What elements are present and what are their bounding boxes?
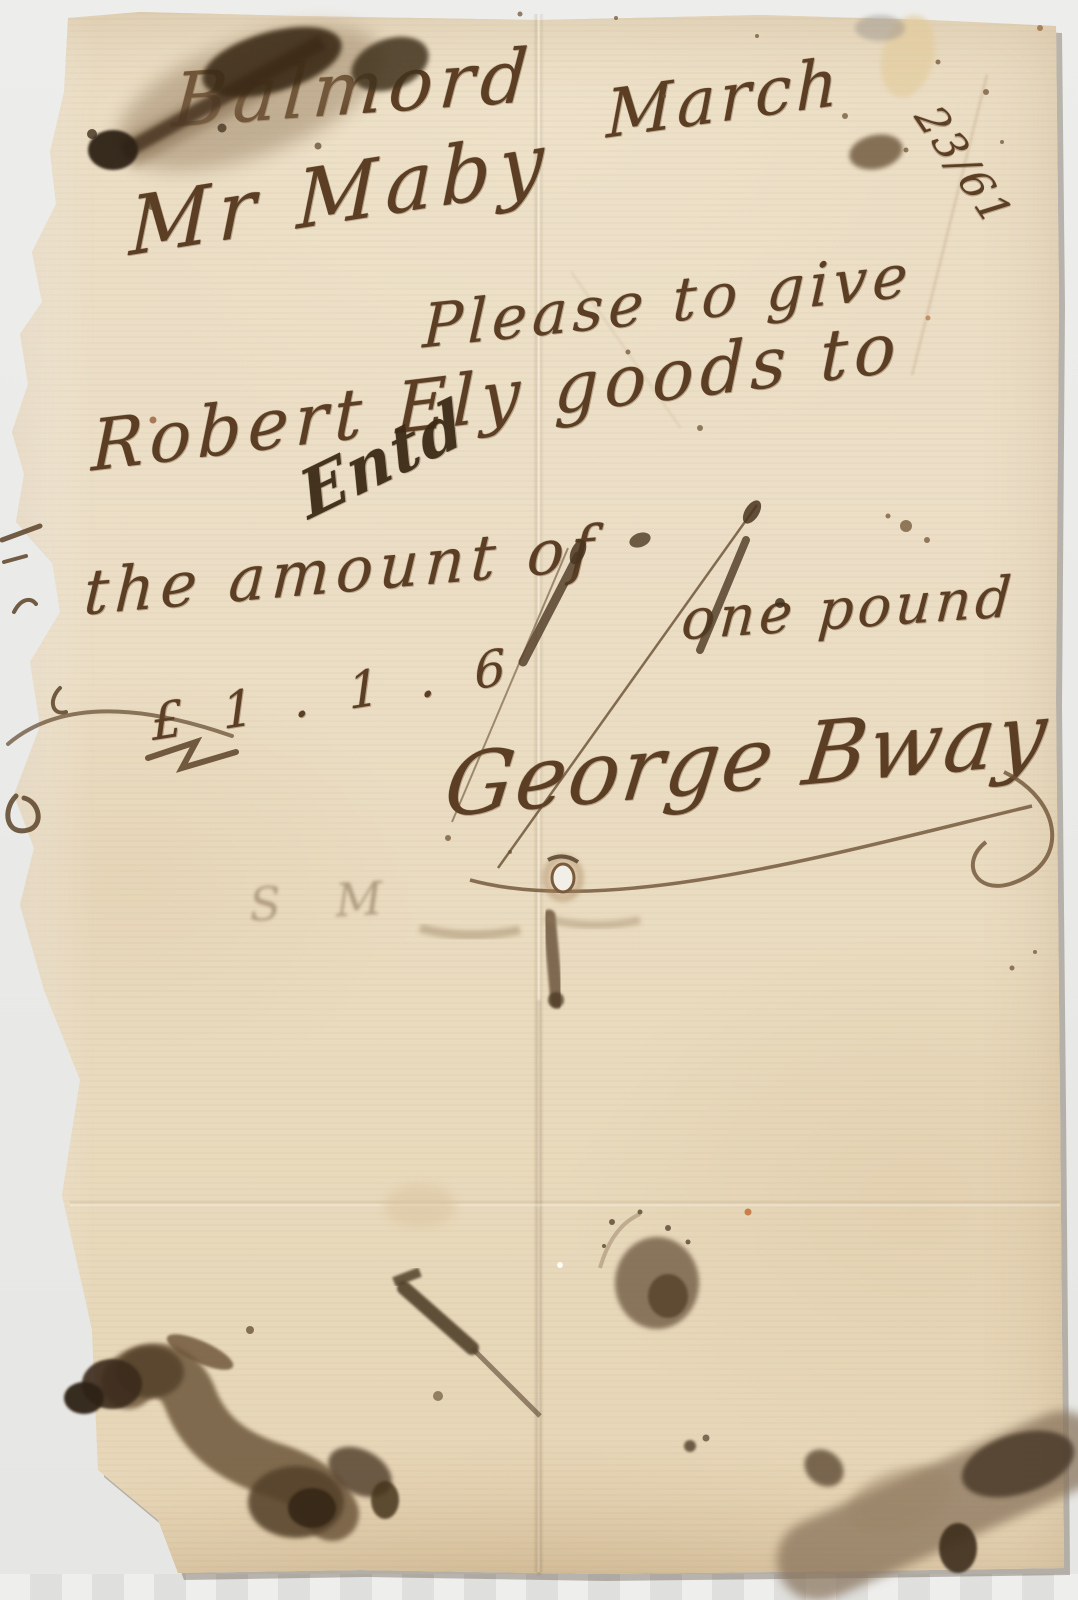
handwriting-faint-stamp: S M <box>248 870 404 932</box>
horizontal-fold-crease <box>70 1200 1060 1208</box>
scan-root: Balmord March 23/61 Mr Maby Please to gi… <box>0 0 1078 1600</box>
vertical-fold-seam <box>537 1000 541 1575</box>
